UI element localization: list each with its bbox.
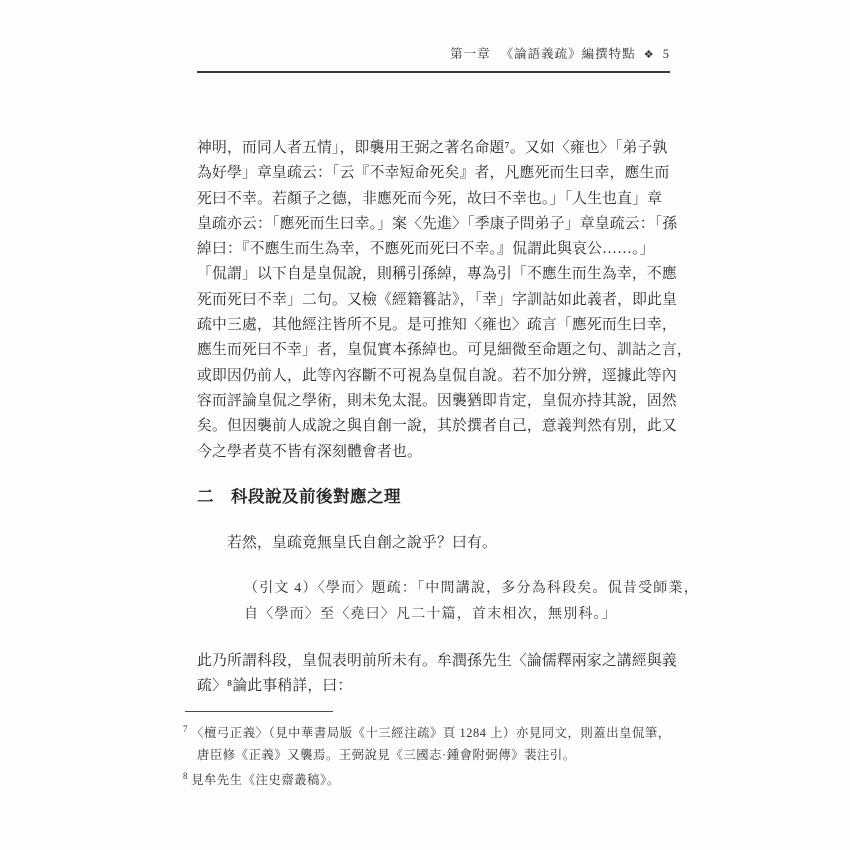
footnote-7: 7〈檀弓正義〉（見中華書局版《十三經注疏》頁 1284 上）亦見同文，則蓋出皇侃… (183, 719, 673, 766)
text-line: 疏〉⁸論此事稍詳，曰： (197, 674, 675, 699)
text-line: 或即因仍前人，此等內容斷不可視為皇侃自說。若不加分辨，逕據此等內 (197, 364, 675, 389)
footnote-8: 8見牟先生《注史齋叢稿》。 (183, 766, 673, 792)
text-line: 死而死曰不幸」二句。又檢《經籍籑詁》，「幸」字訓詁如此義者，即此皇 (197, 288, 675, 313)
footnote-separator-rule (185, 711, 333, 712)
book-page: 第一章《論語義疏》編撰特點 ❖ 5 神明，而同人者五情」，即襲用王弼之著名命題⁷… (0, 0, 850, 850)
footnote-text: 〈檀弓正義〉（見中華書局版《十三經注疏》頁 1284 上）亦見同文，則蓋出皇侃筆… (191, 726, 671, 762)
page-number: 5 (663, 47, 670, 61)
block-quote: （引文 4）〈學而〉題疏：「中間講說，多分為科段矣。侃昔受師業， 自〈學而〉至〈… (244, 576, 674, 627)
text-line: 應生而死曰不幸」者，皇侃實本孫綽也。可見細微至命題之句、訓詁之言， (197, 338, 675, 363)
body-paragraph-1: 神明，而同人者五情」，即襲用王弼之著名命題⁷。又如〈雍也〉「弟子孰 為好學」章皇… (197, 136, 675, 465)
footnote-marker: 7 (183, 724, 188, 734)
text-line: 此乃所謂科段，皇侃表明前所未有。牟潤孫先生〈論儒釋兩家之講經與義 (197, 649, 675, 674)
footnotes-section: 7〈檀弓正義〉（見中華書局版《十三經注疏》頁 1284 上）亦見同文，則蓋出皇侃… (183, 719, 673, 792)
section-heading: 二科段說及前後對應之理 (197, 483, 401, 507)
section-number: 二 (197, 488, 214, 506)
text-line: 矣。但因襲前人成說之與自創一說，其於撰者自己，意義判然有別，此又 (197, 414, 675, 439)
text-line: 疏中三處，其他經注皆所不見。是可推知〈雍也〉疏言「應死而生曰幸， (197, 313, 675, 338)
chapter-label: 第一章 (450, 47, 491, 61)
text-line: 為好學」章皇疏云：「云『不幸短命死矣』者，凡應死而生曰幸，應生而 (197, 161, 675, 186)
running-header: 第一章《論語義疏》編撰特點 ❖ 5 (197, 44, 670, 73)
body-paragraph-2: 若然，皇疏竟無皇氏自創之說乎？曰有。 (197, 531, 675, 556)
quote-line: 自〈學而〉至〈堯曰〉凡二十篇，首末相次，無別科。」 (244, 602, 674, 628)
text-line: 死曰不幸。若顏子之德，非應死而今死，故曰不幸也。」「人生也直」章 (197, 187, 675, 212)
book-title: 《論語義疏》編撰特點 (501, 47, 636, 61)
text-line: 若然，皇疏竟無皇氏自創之說乎？曰有。 (197, 531, 675, 556)
text-line: 神明，而同人者五情」，即襲用王弼之著名命題⁷。又如〈雍也〉「弟子孰 (197, 136, 675, 161)
text-line: 「侃謂」以下自是皇侃說，則稱引孫綽，專為引「不應生而生為幸，不應 (197, 262, 675, 287)
quote-line: （引文 4）〈學而〉題疏：「中間講說，多分為科段矣。侃昔受師業， (244, 576, 674, 602)
text-line: 今之學者莫不皆有深刻體會者也。 (197, 440, 675, 465)
text-line: 皇疏亦云：「應死而生曰幸。」案〈先進〉「季康子問弟子」章皇疏云：「孫 (197, 212, 675, 237)
text-line: 容而評論皇侃之學術，則未免太混。因襲猶即肯定，皇侃亦持其說，固然 (197, 389, 675, 414)
section-title: 科段說及前後對應之理 (231, 488, 401, 506)
diamond-ornament-icon: ❖ (640, 49, 659, 61)
footnote-marker: 8 (183, 771, 188, 781)
text-line: 綽曰：『不應生而生為幸，不應死而死曰不幸。』侃謂此與哀公……。」 (197, 237, 675, 262)
footnote-text: 見牟先生《注史齋叢稿》。 (191, 773, 340, 787)
body-paragraph-3: 此乃所謂科段，皇侃表明前所未有。牟潤孫先生〈論儒釋兩家之講經與義 疏〉⁸論此事稍… (197, 649, 675, 700)
